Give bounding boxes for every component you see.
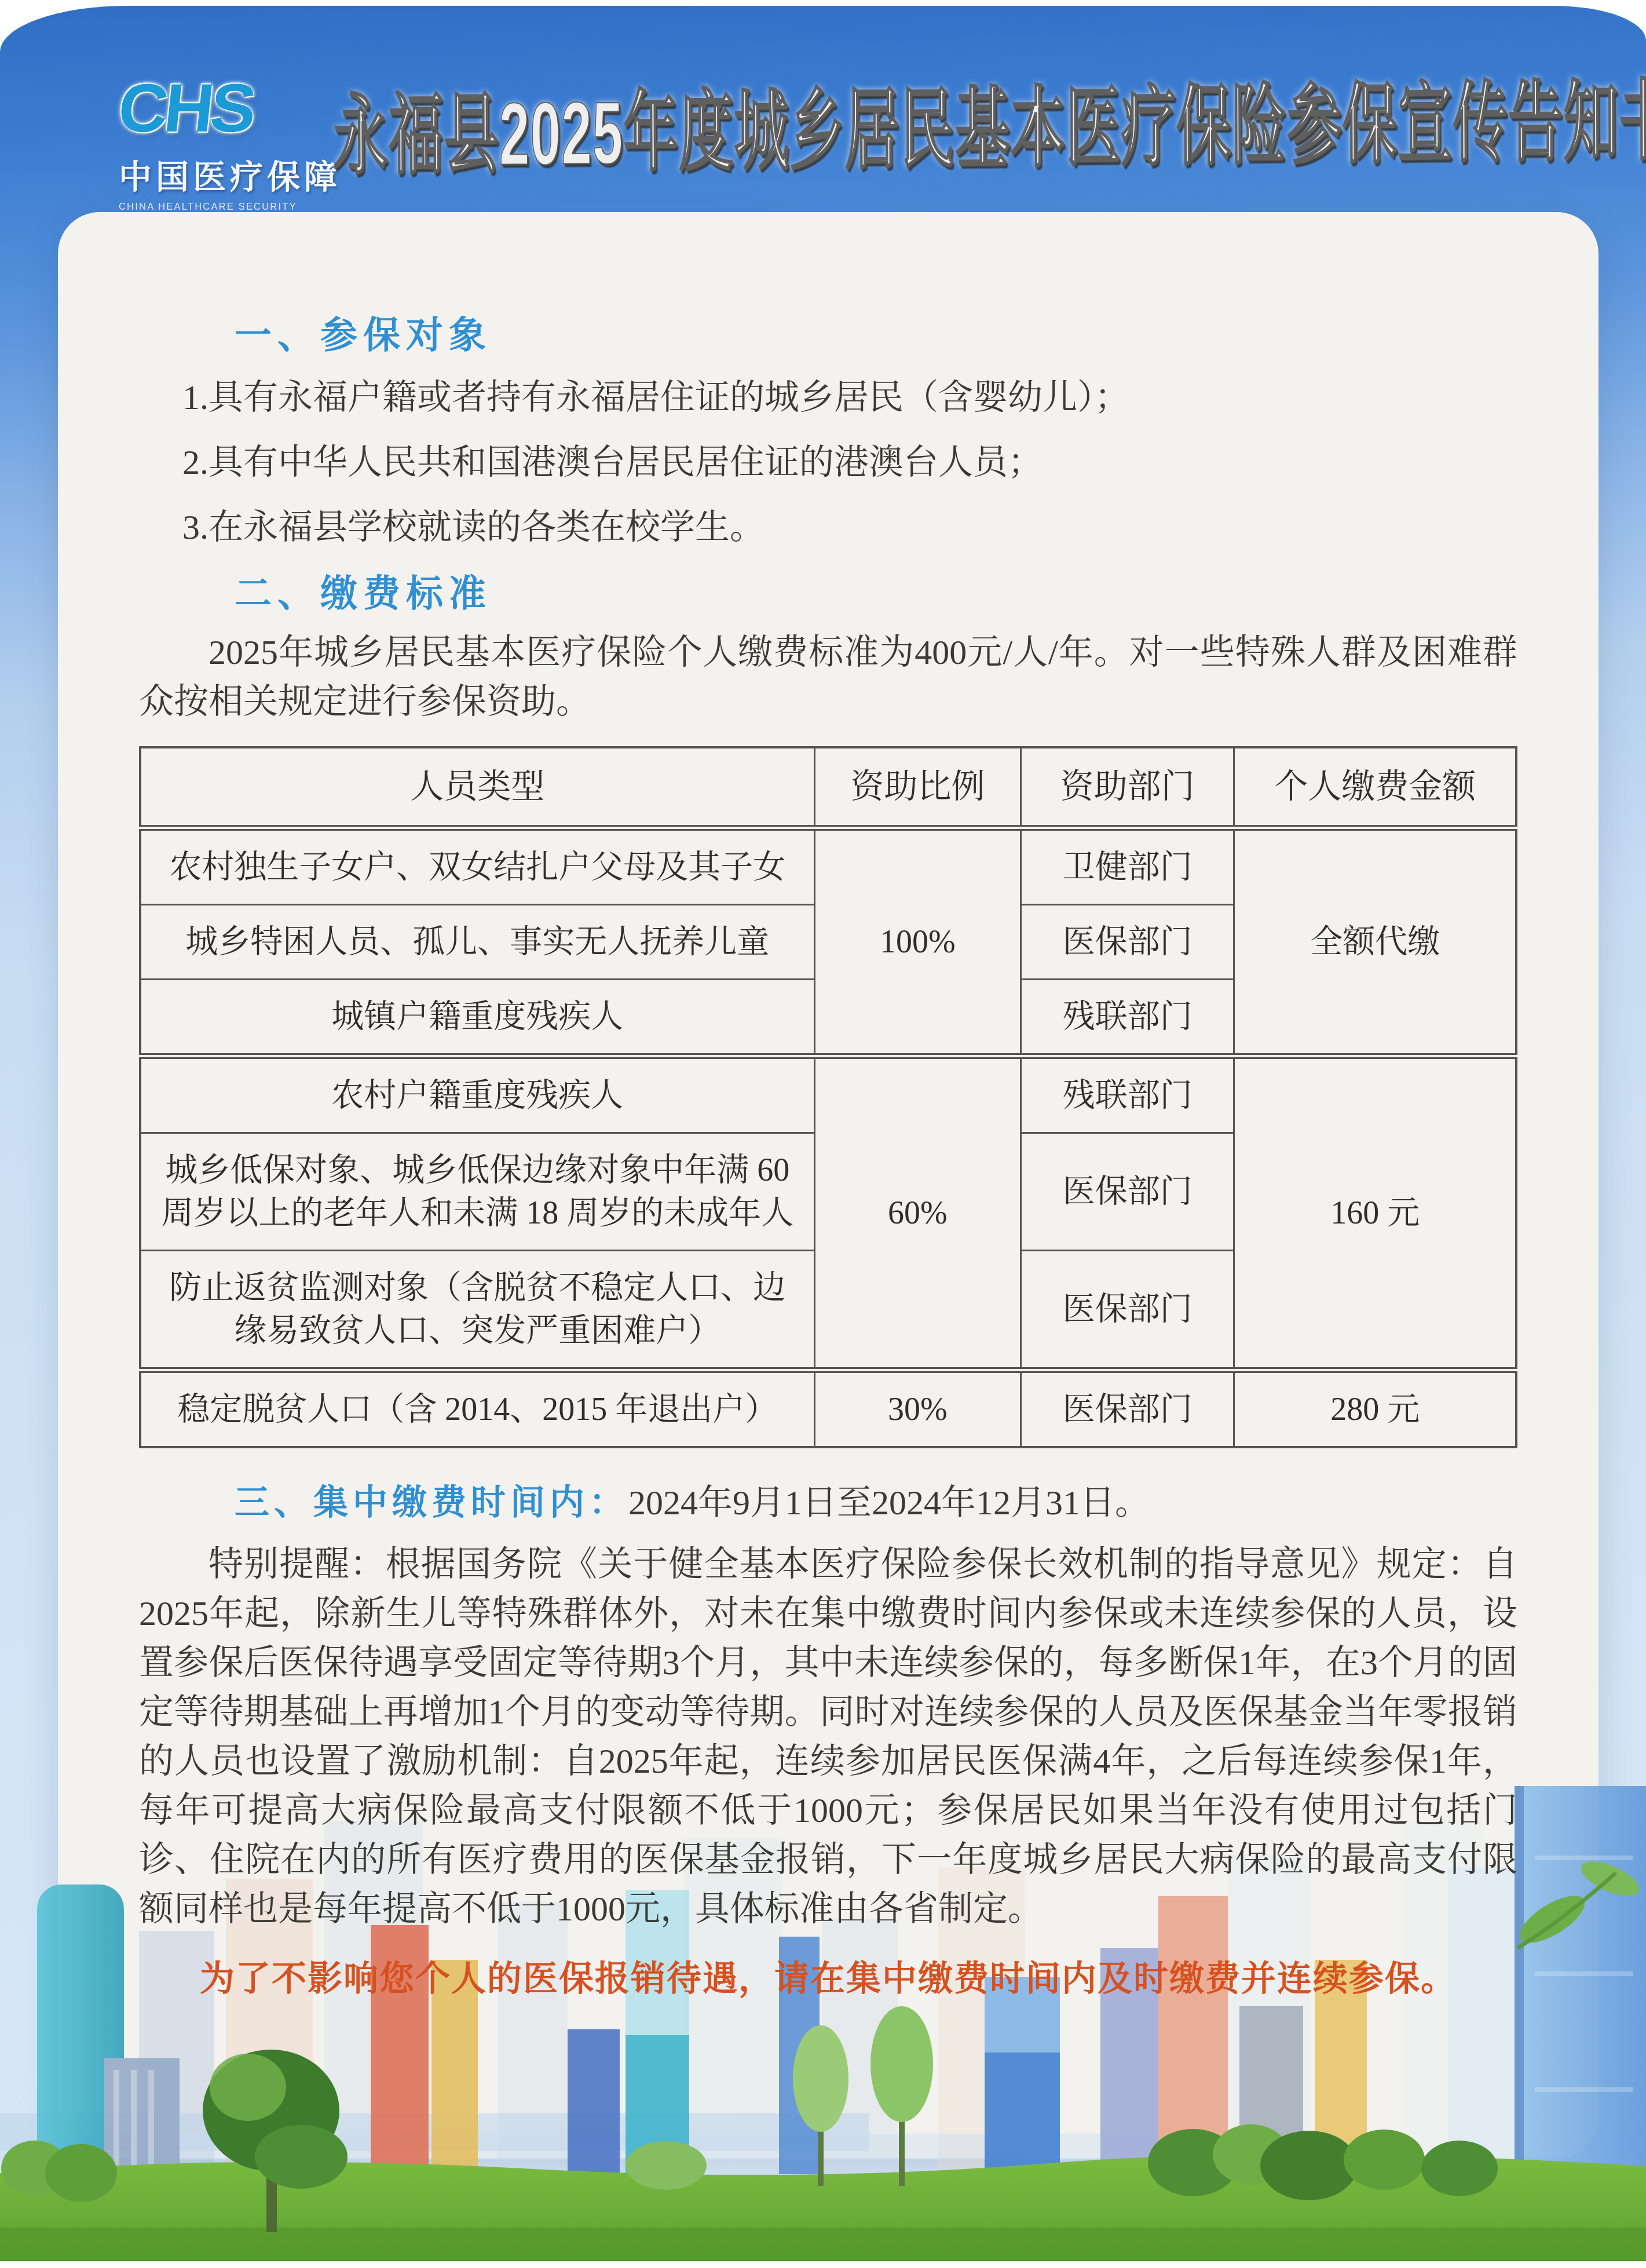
section2-paragraph: 2025年城乡居民基本医疗保险个人缴费标准为400元/人/年。对一些特殊人群及困… <box>139 628 1517 726</box>
cell-subsidy-ratio: 100% <box>814 828 1020 1056</box>
table-row: 稳定脱贫人口（含 2014、2015 年退出户） 30% 医保部门 280 元 <box>140 1370 1516 1447</box>
cell-personal-amount: 280 元 <box>1234 1370 1516 1447</box>
subsidy-table: 人员类型 资助比例 资助部门 个人缴费金额 农村独生子女户、双女结扎户父母及其子… <box>139 746 1517 1448</box>
cell-person-type: 防止返贫监测对象（含脱贫不稳定人口、边缘易致贫人口、突发严重困难户） <box>140 1251 814 1371</box>
cell-person-type: 城镇户籍重度残疾人 <box>140 980 814 1057</box>
cell-subsidy-dept: 医保部门 <box>1021 905 1234 980</box>
cell-person-type: 稳定脱贫人口（含 2014、2015 年退出户） <box>140 1370 814 1447</box>
section3-dates: 2024年9月1日至2024年12月31日。 <box>628 1484 1150 1522</box>
section1-heading: 一、参保对象 <box>235 312 1517 358</box>
cell-subsidy-dept: 医保部门 <box>1021 1370 1234 1447</box>
section3-heading: 三、集中缴费时间内： <box>235 1483 628 1522</box>
cell-subsidy-dept: 医保部门 <box>1021 1251 1234 1371</box>
section1-item-1: 1.具有永福户籍或者持有永福居住证的城乡居民（含婴幼儿）； <box>182 372 1517 423</box>
cell-subsidy-dept: 残联部门 <box>1021 980 1234 1057</box>
cell-personal-amount: 全额代缴 <box>1234 828 1516 1056</box>
special-reminder-lead: 特别提醒： <box>209 1545 386 1583</box>
cell-subsidy-dept: 卫健部门 <box>1021 828 1234 905</box>
section3-line: 三、集中缴费时间内：2024年9月1日至2024年12月31日。 <box>139 1476 1517 1529</box>
section1-item-3: 3.在永福县学校就读的各类在校学生。 <box>182 502 1517 553</box>
chs-logo-icon: CHS <box>115 74 365 143</box>
chs-logo: CHS 中国医疗保障 CHINA HEALTHCARE SECURITY <box>119 74 362 213</box>
col-header-personal-amount: 个人缴费金额 <box>1234 747 1516 828</box>
special-reminder-paragraph: 特别提醒：根据国务院《关于健全基本医疗保险参保长效机制的指导意见》规定：自202… <box>139 1540 1517 1934</box>
table-row: 农村独生子女户、双女结扎户父母及其子女 100% 卫健部门 全额代缴 <box>140 828 1516 905</box>
cell-person-type: 农村独生子女户、双女结扎户父母及其子女 <box>140 828 814 905</box>
logo-name-chinese: 中国医疗保障 <box>119 151 362 198</box>
logo-name-english: CHINA HEALTHCARE SECURITY <box>119 202 362 213</box>
cell-personal-amount: 160 元 <box>1234 1056 1516 1370</box>
cell-subsidy-ratio: 60% <box>814 1056 1020 1370</box>
grass <box>0 2154 1646 2261</box>
col-header-subsidy-dept: 资助部门 <box>1021 747 1234 828</box>
poster-background: CHS 中国医疗保障 CHINA HEALTHCARE SECURITY 永福县… <box>0 6 1646 2261</box>
cell-person-type: 城乡特困人员、孤儿、事实无人抚养儿童 <box>140 905 814 980</box>
col-header-subsidy-ratio: 资助比例 <box>814 747 1020 828</box>
red-warning-line: 为了不影响您个人的医保报销待遇，请在集中缴费时间内及时缴费并连续参保。 <box>139 1953 1517 2004</box>
col-header-person-type: 人员类型 <box>140 747 814 828</box>
section2-heading: 二、缴费标准 <box>235 570 1517 616</box>
cell-person-type: 城乡低保对象、城乡低保边缘对象中年满 60 周岁以上的老年人和未满 18 周岁的… <box>140 1133 814 1251</box>
page-title: 永福县2025年度城乡居民基本医疗保险参保宣传告知书 <box>333 59 1646 199</box>
table-header-row: 人员类型 资助比例 资助部门 个人缴费金额 <box>140 747 1516 828</box>
document-body: 一、参保对象 1.具有永福户籍或者持有永福居住证的城乡居民（含婴幼儿）； 2.具… <box>139 312 1517 2004</box>
grass-dark-band <box>0 2227 1646 2261</box>
cell-subsidy-dept: 医保部门 <box>1021 1133 1234 1251</box>
poster-photo: { "logo": { "acronym": "CHS", "name_cn":… <box>0 0 1646 2268</box>
cell-person-type: 农村户籍重度残疾人 <box>140 1056 814 1133</box>
table-row: 农村户籍重度残疾人 60% 残联部门 160 元 <box>140 1056 1516 1133</box>
cell-subsidy-dept: 残联部门 <box>1021 1056 1234 1133</box>
special-reminder-body: 根据国务院《关于健全基本医疗保险参保长效机制的指导意见》规定：自2025年起，除… <box>139 1545 1517 1928</box>
section1-item-2: 2.具有中华人民共和国港澳台居民居住证的港澳台人员； <box>182 437 1517 488</box>
cell-subsidy-ratio: 30% <box>814 1370 1020 1447</box>
